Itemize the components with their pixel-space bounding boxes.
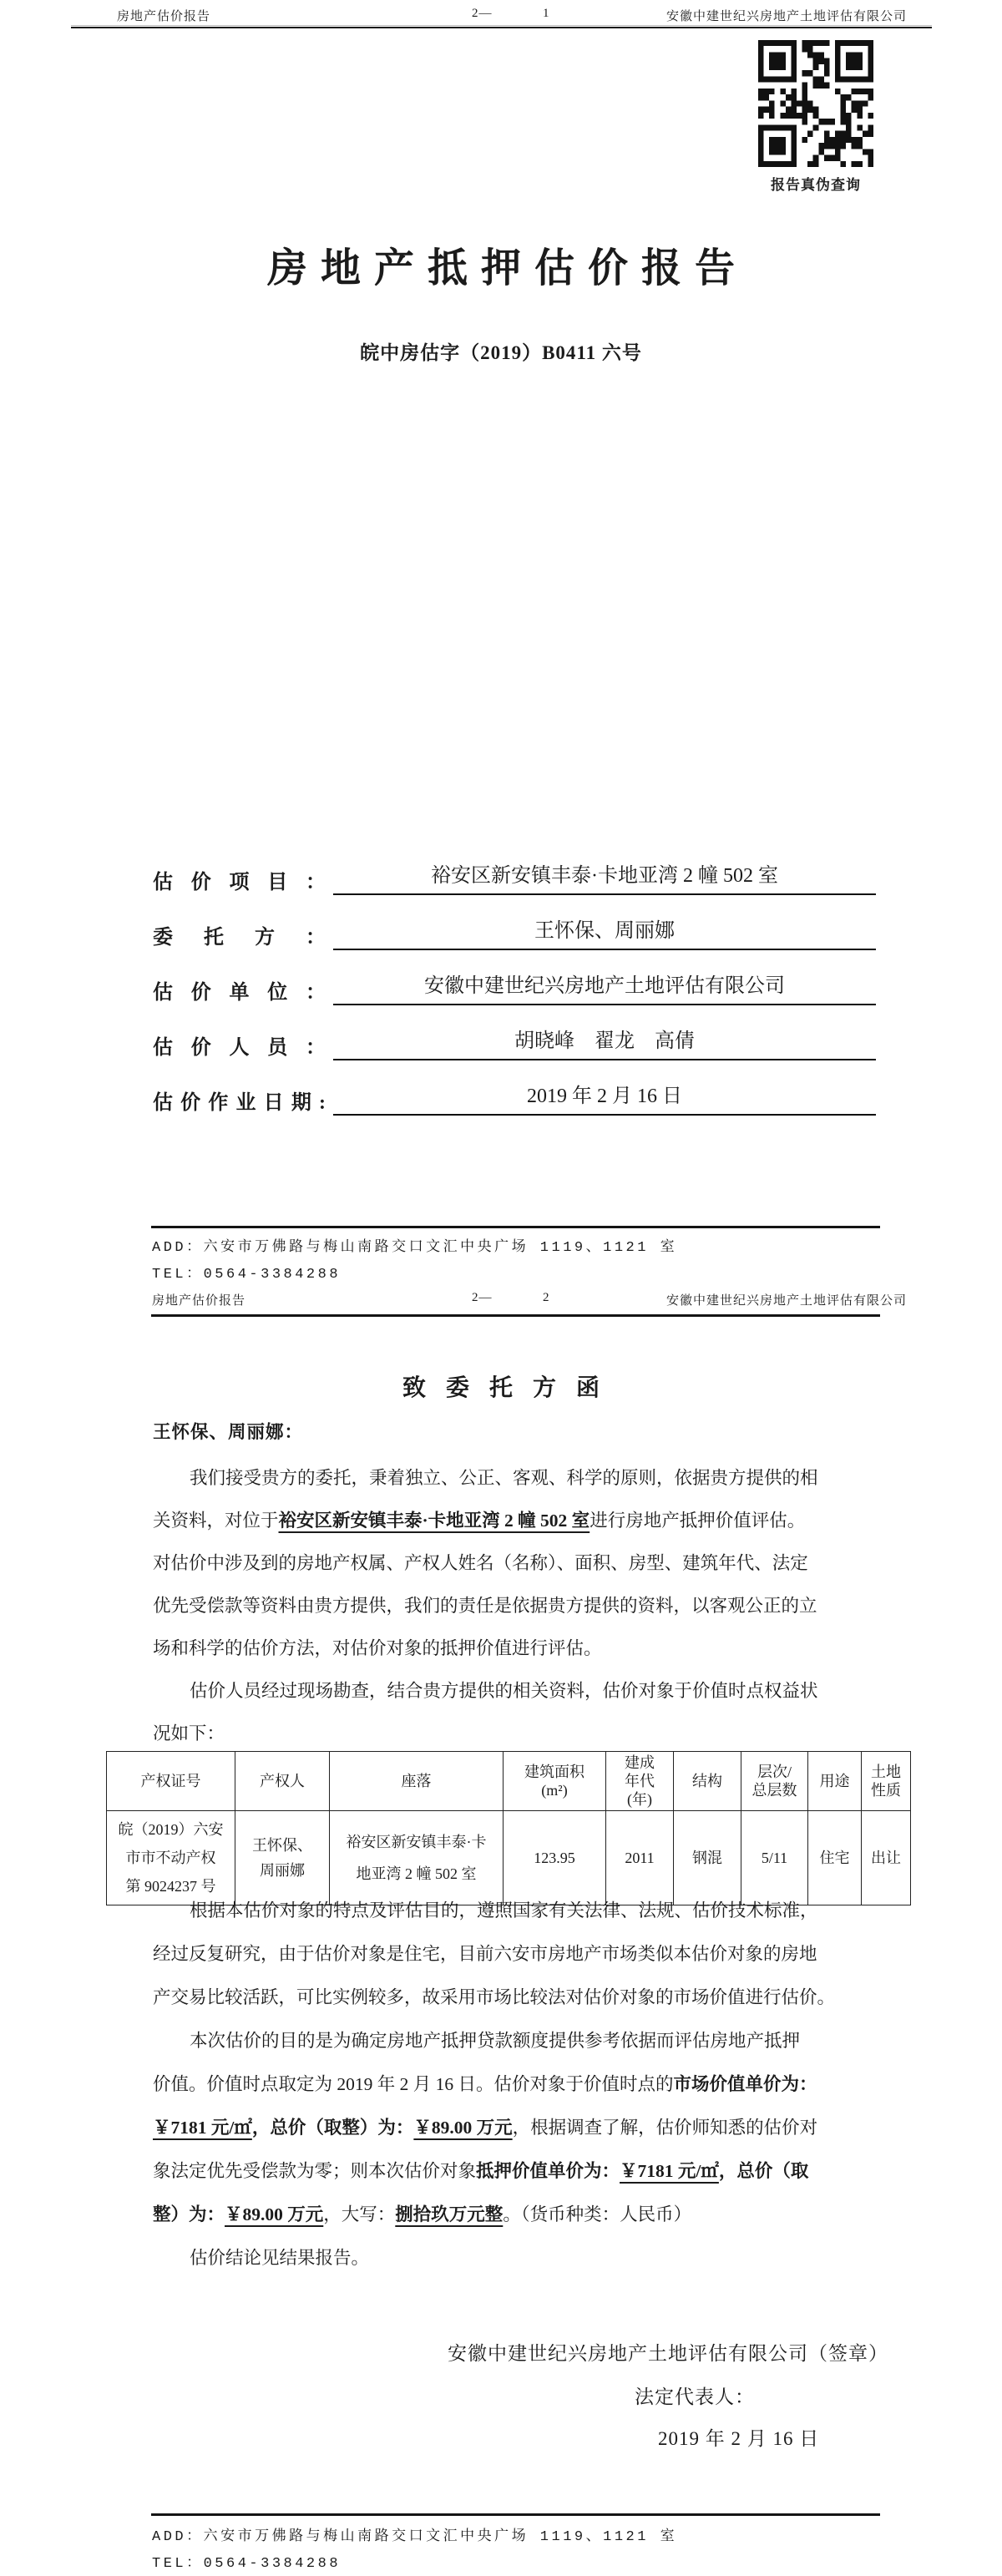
document-number: 皖中房估字（2019）B0411 六号 — [0, 337, 1002, 365]
signature-date: 2019 年 2 月 16 日 — [658, 2423, 819, 2451]
body-line: 场和科学的估价方法，对估价对象的抵押价值进行评估。 — [153, 1627, 913, 1670]
table-header-cell: 建筑面积 (m²) — [504, 1752, 606, 1811]
page1-header-title: 房地产估价报告 — [117, 7, 210, 24]
cover-field-row: 估价人员：胡晓峰 翟龙 高倩 — [153, 1027, 876, 1060]
page2-header-title: 房地产估价报告 — [152, 1291, 245, 1308]
signature-company-seal: 安徽中建世纪兴房地产土地评估有限公司（签章） — [417, 2338, 918, 2366]
cover-field-row: 估价项目：裕安区新安镇丰泰·卡地亚湾 2 幢 502 室 — [153, 862, 876, 895]
body-text-segment: 。（货币种类：人民币） — [503, 2204, 691, 2224]
qr-code — [758, 40, 873, 167]
body-line: 根据本估价对象的特点及评估目的，遵照国家有关法律、法规、估价技术标准， — [153, 1889, 913, 1932]
field-label: 估价人员： — [153, 1036, 326, 1060]
body-text-segment: 本次估价的目的是为确定房地产抵押贷款额度提供参考依据而评估房地产抵押 — [190, 2031, 800, 2051]
body-text-segment: 进行房地产抵押价值评估。 — [590, 1511, 805, 1531]
body-text-segment: 市场价值单价为： — [674, 2074, 817, 2094]
body-line: 本次估价的目的是为确定房地产抵押贷款额度提供参考依据而评估房地产抵押 — [153, 2019, 913, 2062]
appraisal-report-document: 房地产估价报告 2— 1 安徽中建世纪兴房地产土地评估有限公司 报告真伪查询 房… — [0, 0, 1002, 2576]
body-text-segment: 产交易比较活跃，可比实例较多，故采用市场比较法对估价对象的市场价值进行估价。 — [153, 1987, 835, 2007]
qr-caption: 报告真伪查询 — [746, 173, 886, 194]
table-header-cell: 产权证号 — [107, 1752, 235, 1811]
table-header-cell: 结构 — [674, 1752, 741, 1811]
body-line: 对估价中涉及到的房地产权属、产权人姓名（名称）、面积、房型、建筑年代、法定 — [153, 1542, 913, 1585]
body-text-segment: ，总价（取 — [719, 2161, 809, 2181]
body-text-segment: 优先受偿款等资料由贵方提供，我们的责任是依据贵方提供的资料，以客观公正的立 — [153, 1596, 817, 1616]
field-label: 估价项目： — [153, 871, 326, 895]
page1-footer-address: ADD：六安市万佛路与梅山南路交口文汇中央广场 1119、1121 室 — [152, 1234, 677, 1256]
body-line: 经过反复研究，由于估价对象是住宅，目前六安市房地产市场类似本估价对象的房地 — [153, 1932, 913, 1976]
page2-header-company: 安徽中建世纪兴房地产土地评估有限公司 — [666, 1291, 907, 1308]
body-text-segment: 估价人员经过现场勘查，结合贵方提供的相关资料，估价对象于价值时点权益状 — [190, 1681, 818, 1701]
body-line: 估价人员经过现场勘查，结合贵方提供的相关资料，估价对象于价值时点权益状 — [153, 1670, 913, 1713]
page1-header-page-number: 1 — [543, 7, 550, 21]
page2-header-rule — [151, 1314, 880, 1317]
body-text-segment: ，根据调查了解，估价师知悉的估价对 — [513, 2118, 818, 2138]
page2-footer-rule — [151, 2513, 880, 2516]
body-line: 整）为：￥89.00 万元，大写：捌拾玖万元整。（货币种类：人民币） — [153, 2193, 913, 2236]
field-value: 王怀保、周丽娜 — [333, 919, 876, 950]
table-header-cell: 产权人 — [235, 1752, 330, 1811]
property-rights-table: 产权证号产权人座落建筑面积 (m²)建成 年代 (年)结构层次/ 总层数用途土地… — [106, 1751, 911, 1905]
table-header-cell: 土地 性质 — [862, 1752, 911, 1811]
body-text-segment: 经过反复研究，由于估价对象是住宅，目前六安市房地产市场类似本估价对象的房地 — [153, 1944, 817, 1964]
body-text-segment: 关资料，对位于 — [153, 1511, 279, 1531]
page2-header-page-number: 2 — [543, 1291, 550, 1305]
body-text-segment: 捌拾玖万元整 — [395, 2204, 503, 2224]
body-text-segment: 估价结论见结果报告。 — [190, 2248, 369, 2268]
body-text-segment: 抵押价值单价为： — [476, 2161, 620, 2181]
table-header-cell: 座落 — [330, 1752, 504, 1811]
body-text-segment: 整）为： — [153, 2204, 225, 2224]
body-line: 象法定优先受偿款为零；则本次估价对象抵押价值单价为：￥7181 元/㎡，总价（取 — [153, 2149, 913, 2193]
body-line: 价值。价值时点取定为 2019 年 2 月 16 日。估价对象于价值时点的市场价… — [153, 2062, 913, 2106]
cover-field-row: 估价单位：安徽中建世纪兴房地产土地评估有限公司 — [153, 972, 876, 1005]
body-line: 况如下： — [153, 1713, 913, 1755]
body-text-segment: 况如下： — [153, 1723, 225, 1743]
body-text-segment: 场和科学的估价方法，对估价对象的抵押价值进行评估。 — [153, 1638, 602, 1658]
body-text-segment: 象法定优先受偿款为零；则本次估价对象 — [153, 2161, 476, 2181]
body-line: 关资料，对位于裕安区新安镇丰泰·卡地亚湾 2 幢 502 室进行房地产抵押价值评… — [153, 1500, 913, 1542]
body-text-segment: 价值。价值时点取定为 2019 年 2 月 16 日。估价对象于价值时点的 — [153, 2074, 674, 2094]
letter-title: 致委托方函 — [0, 1369, 1002, 1403]
body-text-segment: ￥7181 元/㎡ — [620, 2161, 719, 2181]
body-text-segment: ，总价（取整）为： — [252, 2118, 414, 2138]
field-value: 2019 年 2 月 16 日 — [333, 1085, 876, 1116]
page2-header-page-prefix: 2— — [472, 1291, 493, 1305]
field-label: 委托方： — [153, 926, 326, 950]
body-text-segment: ，大写： — [323, 2204, 395, 2224]
letter-body-part2: 根据本估价对象的特点及评估目的，遵照国家有关法律、法规、估价技术标准，经过反复研… — [153, 1889, 913, 2280]
field-value: 裕安区新安镇丰泰·卡地亚湾 2 幢 502 室 — [333, 864, 876, 895]
body-text-segment: ￥7181 元/㎡ — [153, 2118, 252, 2138]
body-text-segment: 裕安区新安镇丰泰·卡地亚湾 2 幢 502 室 — [279, 1511, 590, 1531]
body-line: 优先受偿款等资料由贵方提供，我们的责任是依据贵方提供的资料，以客观公正的立 — [153, 1585, 913, 1627]
cover-field-row: 委托方：王怀保、周丽娜 — [153, 917, 876, 950]
letter-body-part1: 我们接受贵方的委托，秉着独立、公正、客观、科学的原则，依据贵方提供的相关资料，对… — [153, 1457, 913, 1755]
page2-footer-address: ADD：六安市万佛路与梅山南路交口文汇中央广场 1119、1121 室 — [152, 2523, 677, 2545]
body-line: 产交易比较活跃，可比实例较多，故采用市场比较法对估价对象的市场价值进行估价。 — [153, 1976, 913, 2019]
field-label: 估价单位： — [153, 981, 326, 1005]
cover-fields: 估价项目：裕安区新安镇丰泰·卡地亚湾 2 幢 502 室委托方：王怀保、周丽娜估… — [153, 862, 876, 1146]
page1-header-page-prefix: 2— — [472, 7, 493, 21]
letter-salutation: 王怀保、周丽娜： — [153, 1418, 303, 1444]
body-text-segment: ￥89.00 万元 — [225, 2204, 323, 2224]
body-text-segment: 我们接受贵方的委托，秉着独立、公正、客观、科学的原则，依据贵方提供的相 — [190, 1468, 818, 1488]
field-value: 胡晓峰 翟龙 高倩 — [333, 1030, 876, 1060]
table-header-cell: 层次/ 总层数 — [741, 1752, 808, 1811]
signature-legal-representative: 法定代表人： — [635, 2381, 755, 2409]
report-main-title: 房地产抵押估价报告 — [0, 235, 1002, 293]
table-header-cell: 用途 — [808, 1752, 862, 1811]
body-text-segment: 根据本估价对象的特点及评估目的，遵照国家有关法律、法规、估价技术标准， — [190, 1900, 818, 1921]
body-text-segment: 对估价中涉及到的房地产权属、产权人姓名（名称）、面积、房型、建筑年代、法定 — [153, 1553, 808, 1573]
page1-header-rule — [71, 25, 932, 28]
cover-field-row: 估价作业日期:2019 年 2 月 16 日 — [153, 1082, 876, 1116]
table-header-cell: 建成 年代 (年) — [606, 1752, 674, 1811]
body-text-segment: ￥89.00 万元 — [413, 2118, 512, 2138]
page1-footer-tel: TEL：0564-3384288 — [152, 1261, 341, 1283]
page1-footer-rule — [151, 1226, 880, 1228]
page2-footer-tel: TEL：0564-3384288 — [152, 2550, 341, 2572]
body-line: 我们接受贵方的委托，秉着独立、公正、客观、科学的原则，依据贵方提供的相 — [153, 1457, 913, 1500]
page1-header-company: 安徽中建世纪兴房地产土地评估有限公司 — [666, 7, 907, 24]
field-label: 估价作业日期: — [153, 1091, 326, 1116]
field-value: 安徽中建世纪兴房地产土地评估有限公司 — [333, 974, 876, 1005]
body-line: ￥7181 元/㎡，总价（取整）为：￥89.00 万元，根据调查了解，估价师知悉… — [153, 2106, 913, 2149]
body-line: 估价结论见结果报告。 — [153, 2236, 913, 2280]
